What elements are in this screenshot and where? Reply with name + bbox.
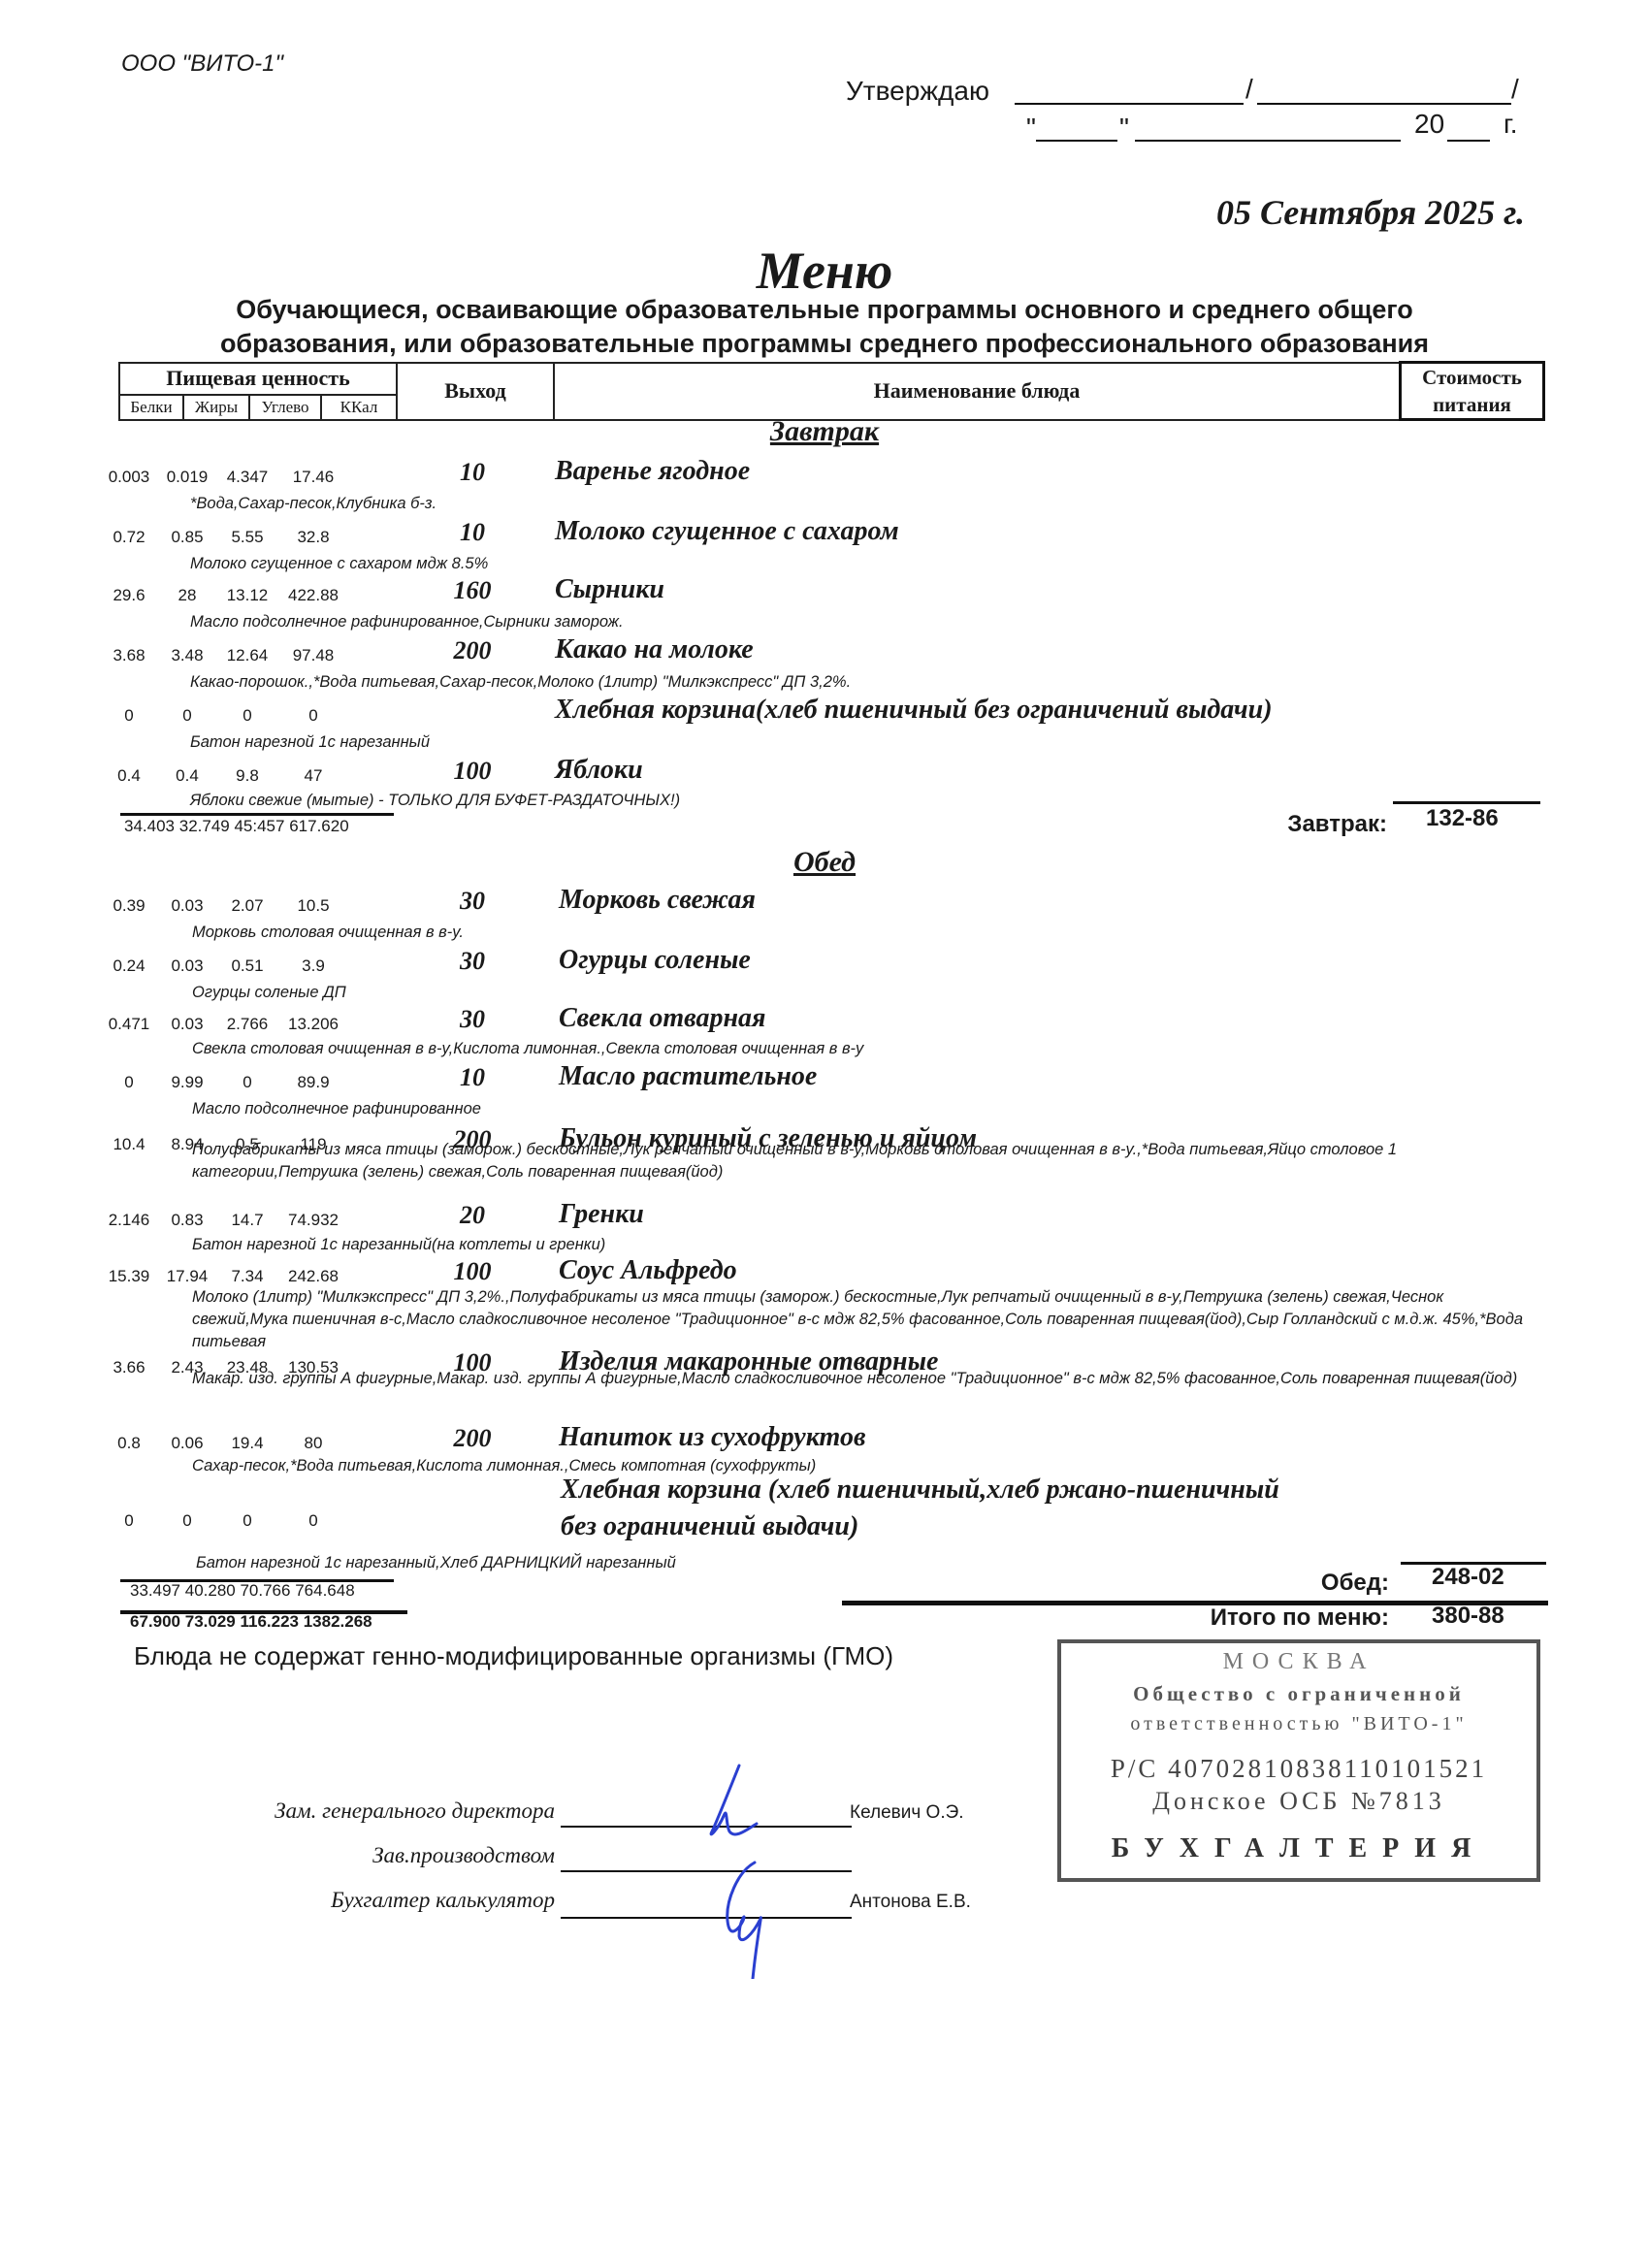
lunch-total-carbs: 70.766 (240, 1581, 290, 1600)
nutrition-kcal: 97.48 (279, 646, 347, 665)
approval-name-line (1257, 78, 1511, 105)
nutrition-fat: 9.99 (153, 1073, 221, 1092)
dish-ingredients: Батон нарезной 1с нарезанный (190, 731, 1548, 754)
nutrition-kcal: 0 (279, 1511, 347, 1531)
dish-output: 30 (429, 1005, 516, 1034)
nutrition-carbs: 5.55 (213, 528, 281, 547)
nutrition-kcal: 80 (279, 1434, 347, 1453)
breakfast-total-fat: 32.749 (179, 817, 230, 835)
nutrition-carbs: 2.07 (213, 896, 281, 916)
dish-name: Молоко сгущенное с сахаром (555, 516, 899, 547)
nutrition-kcal: 242.68 (279, 1267, 347, 1286)
section-breakfast-title: Завтрак (0, 415, 1649, 448)
page-subtitle: Обучающиеся, осваивающие образовательные… (145, 293, 1503, 361)
nutrition-fat: 0.03 (153, 896, 221, 916)
dish-ingredients: Масло подсолнечное рафинированное,Сырник… (190, 611, 1548, 633)
stamp-city: МОСКВА (1061, 1649, 1536, 1675)
company-name: ООО "ВИТО-1" (121, 50, 283, 78)
approval-label: Утверждаю (846, 76, 989, 107)
nutrition-carbs: 7.34 (213, 1267, 281, 1286)
signature-role-accountant: Бухгалтер калькулятор (167, 1888, 555, 1913)
dish-ingredients: *Вода,Сахар-песок,Клубника б-з. (190, 493, 1548, 515)
nutrition-carbs: 12.64 (213, 646, 281, 665)
dish-ingredients: Огурцы соленые ДП (192, 982, 1550, 1004)
dish-output: 10 (429, 1063, 516, 1092)
dish-name: Соус Альфредо (559, 1255, 737, 1286)
nutrition-fat: 0.03 (153, 1015, 221, 1034)
signature-name-accountant: Антонова Е.В. (850, 1892, 971, 1913)
gmo-note: Блюда не содержат генно-модифицированные… (134, 1641, 893, 1671)
grand-total-protein: 67.900 (130, 1612, 180, 1631)
stamp-bank: Донское ОСБ №7813 (1061, 1787, 1536, 1816)
approval-slash: / (1245, 74, 1253, 105)
approval-quote-open: " (1026, 113, 1036, 144)
dish-output: 20 (429, 1201, 516, 1230)
nutrition-kcal: 13.206 (279, 1015, 347, 1034)
dish-ingredients: Молоко (1литр) "Милкэкспресс" ДП 3,2%.,П… (192, 1286, 1531, 1353)
nutrition-fat: 28 (153, 586, 221, 605)
dish-name: без ограничений выдачи) (561, 1511, 858, 1542)
grand-total-fat: 73.029 (185, 1612, 236, 1631)
dish-ingredients: Полуфабрикаты из мяса птицы (заморож.) б… (192, 1139, 1531, 1183)
nutrition-kcal: 17.46 (279, 468, 347, 487)
nutrition-fat: 3.48 (153, 646, 221, 665)
nutrition-carbs: 13.12 (213, 586, 281, 605)
dish-output: 160 (429, 576, 516, 605)
dish-name: Яблоки (555, 755, 643, 786)
nutrition-carbs: 19.4 (213, 1434, 281, 1453)
dish-output: 10 (429, 518, 516, 547)
breakfast-cost-value: 132-86 (1426, 805, 1499, 832)
dish-output: 200 (429, 636, 516, 665)
approval-year-suffix: г. (1503, 109, 1518, 140)
grand-total-kcal: 1382.268 (304, 1612, 372, 1631)
breakfast-cost-rule (1393, 801, 1540, 804)
nutrition-kcal: 74.932 (279, 1211, 347, 1230)
breakfast-cost-label: Завтрак: (1287, 811, 1387, 838)
dish-output: 10 (429, 458, 516, 487)
dish-ingredients: Яблоки свежие (мытые) - ТОЛЬКО ДЛЯ БУФЕТ… (190, 790, 1548, 812)
breakfast-total-protein: 34.403 (124, 817, 175, 835)
nutrition-kcal: 422.88 (279, 586, 347, 605)
lunch-total-kcal: 764.648 (295, 1581, 354, 1600)
dish-name: Напиток из сухофруктов (559, 1422, 865, 1453)
dish-name: Свекла отварная (559, 1003, 765, 1034)
nutrition-kcal: 32.8 (279, 528, 347, 547)
header-nutrition: Пищевая ценность (119, 363, 397, 396)
handwritten-signature-icon (679, 1756, 815, 1979)
signature-name-deputy-director: Келевич О.Э. (850, 1802, 964, 1824)
dish-output: 200 (429, 1424, 516, 1453)
breakfast-total-kcal: 617.620 (289, 817, 348, 835)
menu-table-header: Пищевая ценность Выход Наименование блюд… (118, 361, 1545, 421)
approval-quote-close: " (1119, 113, 1129, 144)
nutrition-carbs: 0 (213, 1073, 281, 1092)
header-cost: Стоимость питания (1401, 363, 1544, 420)
dish-name: Какао на молоке (555, 634, 754, 665)
page-title: Меню (0, 241, 1649, 301)
nutrition-kcal: 89.9 (279, 1073, 347, 1092)
approval-slash-end: / (1511, 74, 1519, 105)
lunch-cost-value: 248-02 (1432, 1564, 1504, 1591)
nutrition-carbs: 4.347 (213, 468, 281, 487)
dish-output: 30 (429, 947, 516, 976)
grand-total-label: Итого по меню: (1211, 1604, 1389, 1632)
nutrition-carbs: 0 (213, 1511, 281, 1531)
stamp-org-line2: ответственностью "ВИТО-1" (1061, 1713, 1536, 1735)
dish-name: Хлебная корзина (хлеб пшеничный,хлеб ржа… (561, 1474, 1279, 1506)
dish-ingredients: Батон нарезной 1с нарезанный(на котлеты … (192, 1234, 1550, 1256)
stamp-account: Р/С 40702810838110101521 (1061, 1754, 1536, 1784)
nutrition-fat: 0.4 (153, 766, 221, 786)
dish-ingredients: Какао-порошок.,*Вода питьевая,Сахар-песо… (190, 671, 1548, 694)
document-date: 05 Сентября 2025 г. (1216, 192, 1525, 233)
nutrition-carbs: 14.7 (213, 1211, 281, 1230)
grand-totals: 67.900 73.029 116.223 1382.268 (130, 1612, 372, 1632)
approval-year-prefix: 20 (1414, 109, 1444, 140)
menu-document: ООО "ВИТО-1" Утверждаю / / " " 20 г. 05 … (0, 0, 1649, 2268)
nutrition-kcal: 3.9 (279, 956, 347, 976)
company-stamp: МОСКВА Общество с ограниченной ответстве… (1057, 1639, 1540, 1882)
nutrition-fat: 0 (153, 706, 221, 726)
lunch-total-fat: 40.280 (185, 1581, 236, 1600)
grand-total-carbs: 116.223 (240, 1612, 299, 1631)
nutrition-fat: 0.03 (153, 956, 221, 976)
signature-role-deputy-director: Зам. генерального директора (167, 1798, 555, 1824)
lunch-totals: 33.497 40.280 70.766 764.648 (130, 1581, 355, 1601)
breakfast-totals-rule (120, 813, 394, 816)
nutrition-fat: 0 (153, 1511, 221, 1531)
nutrition-fat: 0.85 (153, 528, 221, 547)
approval-month-line (1135, 114, 1401, 142)
dish-ingredients: Макар. изд. группы А фигурные,Макар. изд… (192, 1368, 1540, 1390)
nutrition-kcal: 0 (279, 706, 347, 726)
nutrition-carbs: 0.51 (213, 956, 281, 976)
nutrition-carbs: 2.766 (213, 1015, 281, 1034)
signature-role-production-head: Зав.производством (167, 1843, 555, 1868)
section-lunch-title: Обед (0, 846, 1649, 879)
dish-ingredients: Масло подсолнечное рафинированное (192, 1098, 1550, 1120)
nutrition-carbs: 9.8 (213, 766, 281, 786)
nutrition-kcal: 47 (279, 766, 347, 786)
dish-ingredients: Морковь столовая очищенная в в-у. (192, 922, 1550, 944)
dish-name: Сырники (555, 574, 664, 605)
lunch-total-protein: 33.497 (130, 1581, 180, 1600)
nutrition-kcal: 10.5 (279, 896, 347, 916)
grand-total-value: 380-88 (1432, 1603, 1504, 1630)
header-dish-name: Наименование блюда (554, 363, 1401, 420)
nutrition-fat: 17.94 (153, 1267, 221, 1286)
dish-output: 100 (429, 757, 516, 786)
stamp-org-line1: Общество с ограниченной (1061, 1682, 1536, 1706)
dish-name: Морковь свежая (559, 885, 756, 916)
dish-output: 30 (429, 887, 516, 916)
stamp-department: БУХГАЛТЕРИЯ (1061, 1833, 1536, 1864)
approval-day-line (1036, 114, 1117, 142)
nutrition-fat: 0.06 (153, 1434, 221, 1453)
approval-signature-line (1015, 78, 1244, 105)
dish-output: 100 (429, 1257, 516, 1286)
dish-name: Гренки (559, 1199, 644, 1230)
dish-name: Огурцы соленые (559, 945, 751, 976)
dish-ingredients: Свекла столовая очищенная в в-у,Кислота … (192, 1038, 1550, 1060)
breakfast-total-carbs: 45:457 (234, 817, 284, 835)
dish-ingredients: Молоко сгущенное с сахаром мдж 8.5% (190, 553, 1548, 575)
dish-name: Хлебная корзина(хлеб пшеничный без огран… (555, 695, 1273, 726)
breakfast-totals: 34.403 32.749 45:457 617.620 (124, 817, 349, 836)
nutrition-carbs: 0 (213, 706, 281, 726)
dish-name: Масло растительное (559, 1061, 817, 1092)
nutrition-fat: 0.019 (153, 468, 221, 487)
lunch-cost-label: Обед: (1321, 1570, 1389, 1597)
dish-name: Варенье ягодное (555, 456, 750, 487)
header-output: Выход (397, 363, 554, 420)
nutrition-fat: 0.83 (153, 1211, 221, 1230)
approval-year-line (1447, 114, 1490, 142)
